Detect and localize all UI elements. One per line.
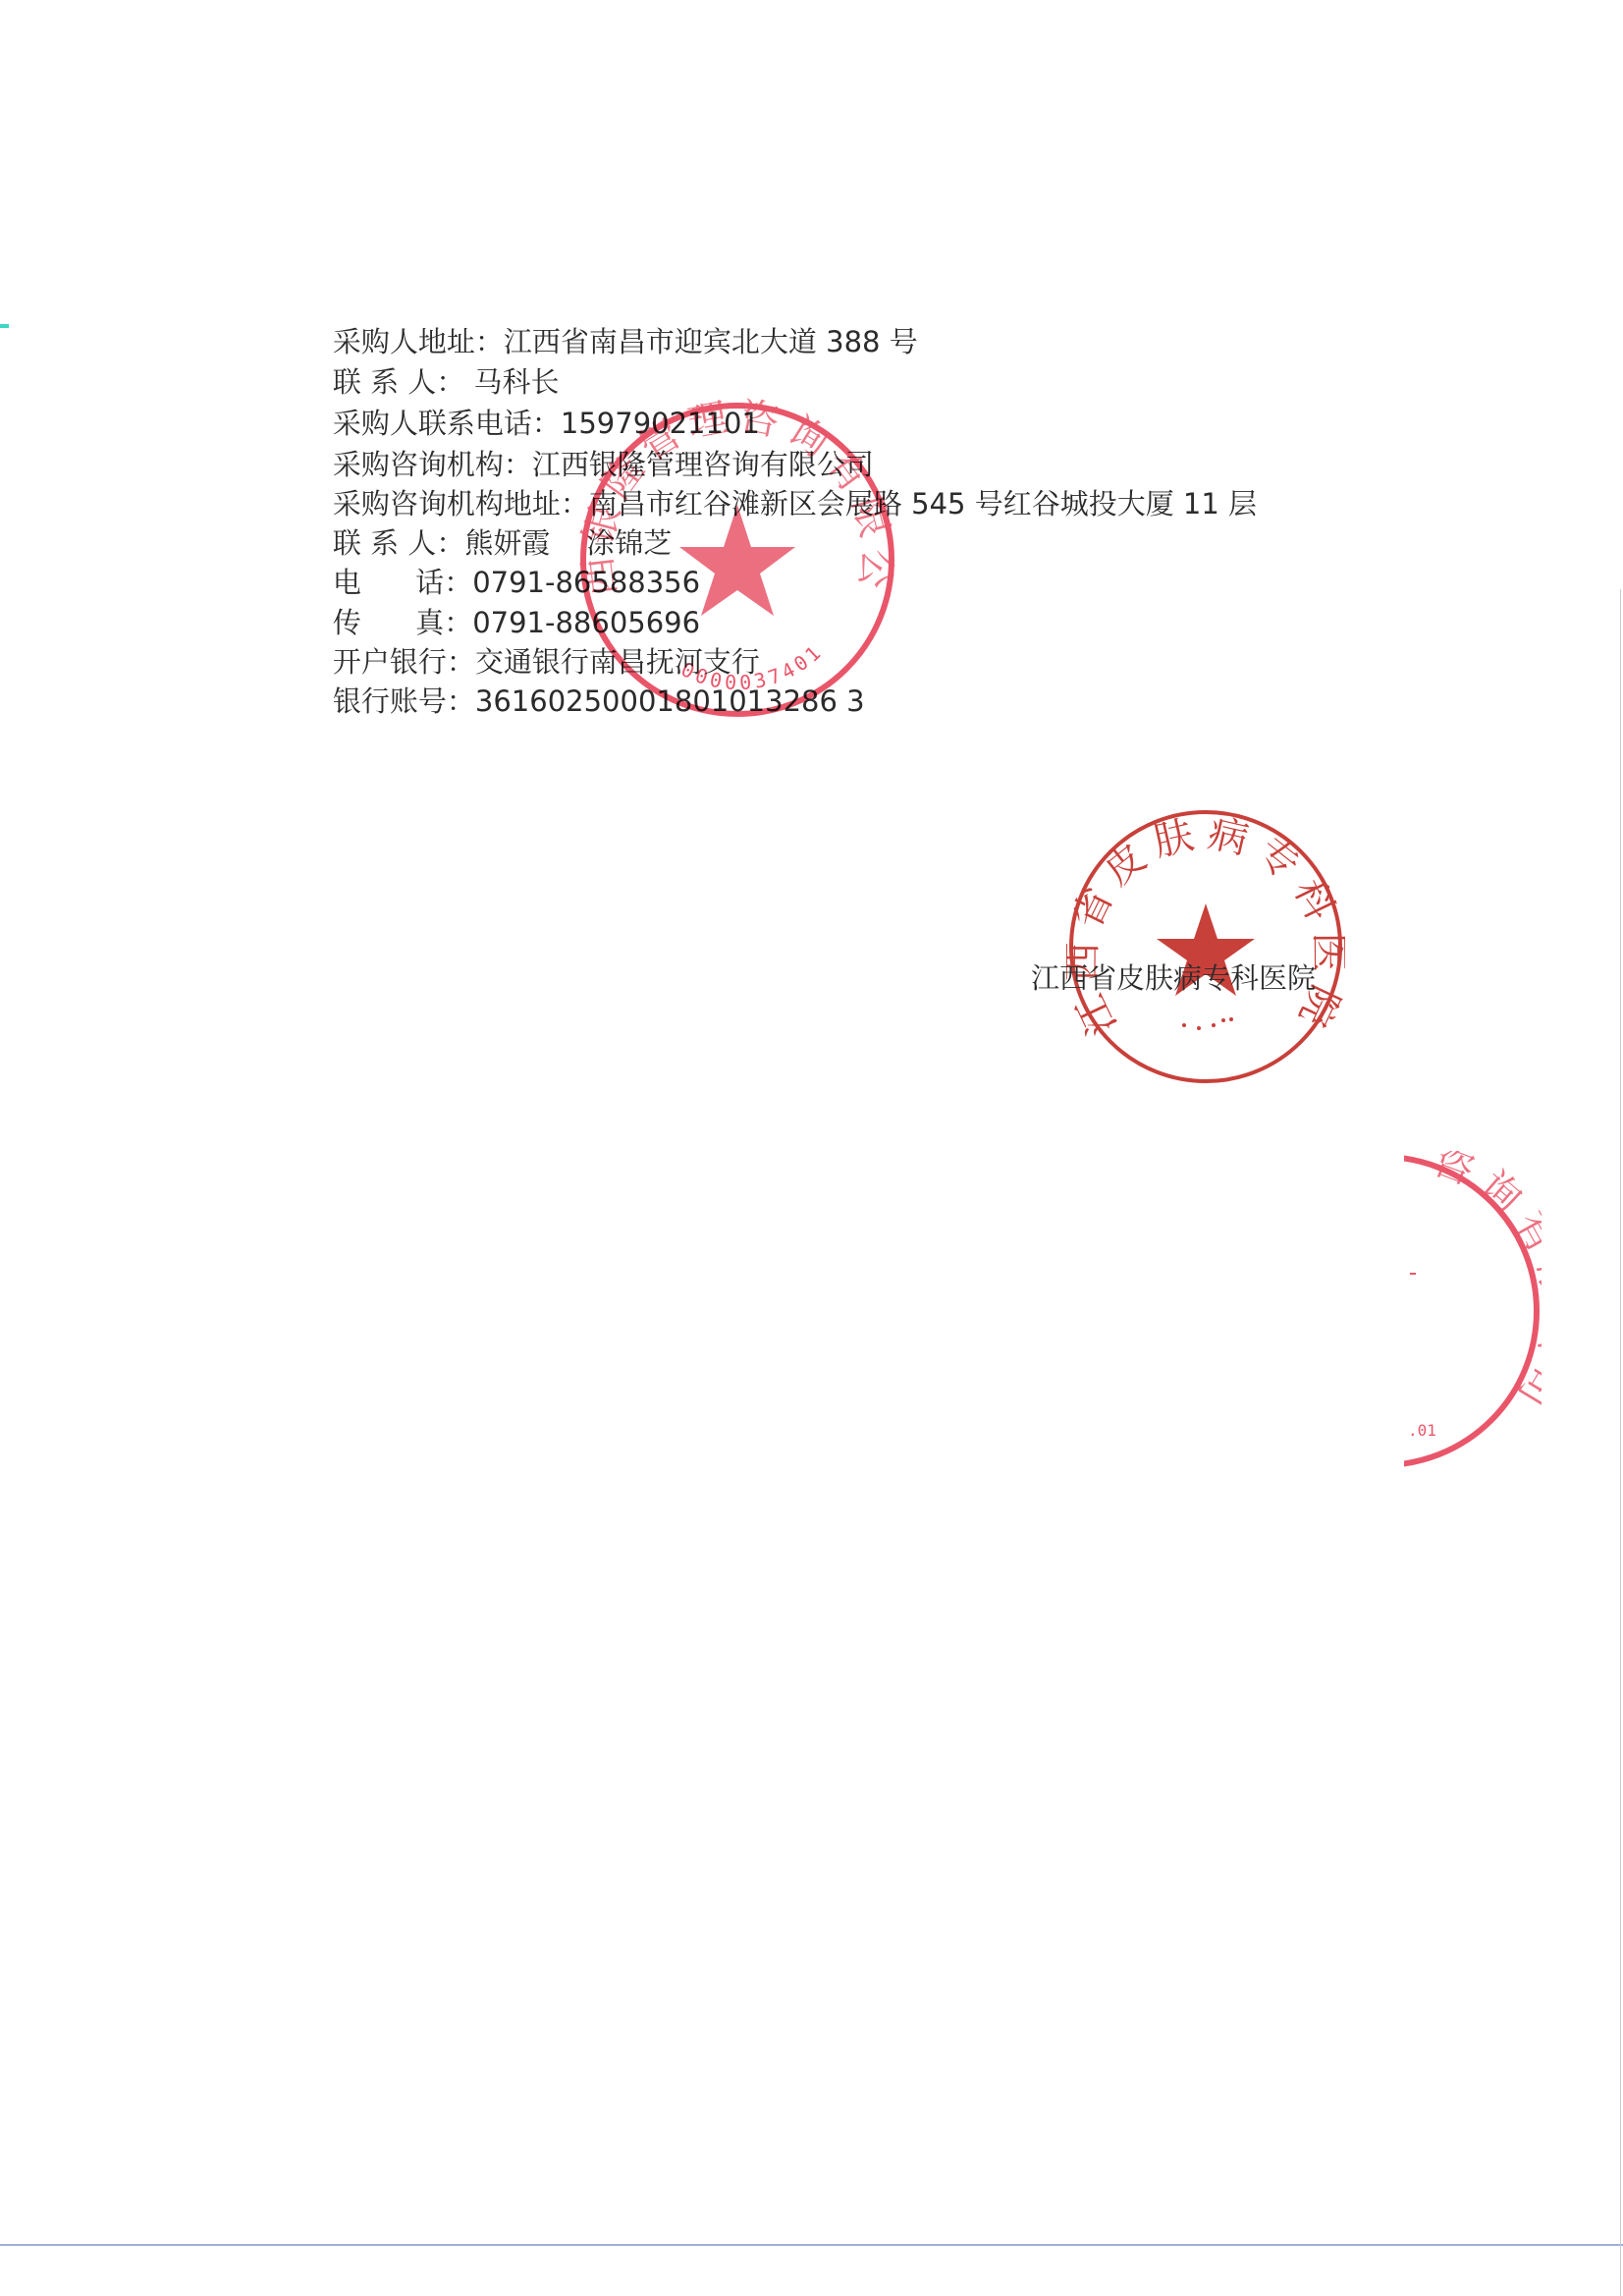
document-page: 采购人地址：江西省南昌市迎宾北大道 388 号 联 系 人： 马科长 采购人联系… <box>0 0 1623 2296</box>
page-bottom-rule <box>0 2244 1623 2246</box>
field-label: 银行账号 <box>333 683 447 719</box>
svg-text:咨询有限公司: 咨询有限公司 <box>1428 1151 1542 1423</box>
bank-account-line: 银行账号：36160250001801013286 3 <box>297 648 865 754</box>
seal-arc-text: 江西省皮肤病专科医院 <box>1066 810 1345 1042</box>
field-value: 江西省南昌市迎宾北大道 388 号 <box>504 324 918 359</box>
seal-ink: 咨询有限公司 .01 <box>1404 1151 1542 1465</box>
field-value: 36160250001801013286 3 <box>475 683 865 719</box>
field-separator: ： <box>447 683 475 719</box>
hospital-seal: 江西省皮肤病专科医院 <box>1066 807 1345 1086</box>
signer-name: 江西省皮肤病专科医院 <box>1031 960 1316 996</box>
field-value: 南昌市红谷滩新区会展路 545 号红谷城投大厦 11 层 <box>589 486 1257 521</box>
seal-ink: 江西省皮肤病专科医院 <box>1066 810 1345 1081</box>
cross-page-seal: 咨询有限公司 .01 <box>1404 1151 1542 1471</box>
page-right-edge <box>1620 589 1621 2296</box>
seal-arc-text: 咨询有限公司 <box>1428 1151 1542 1423</box>
svg-text:江西省皮肤病专科医院: 江西省皮肤病专科医院 <box>1066 810 1345 1042</box>
seal-code-text: .01 <box>1408 1421 1436 1440</box>
scan-mark <box>0 324 9 328</box>
